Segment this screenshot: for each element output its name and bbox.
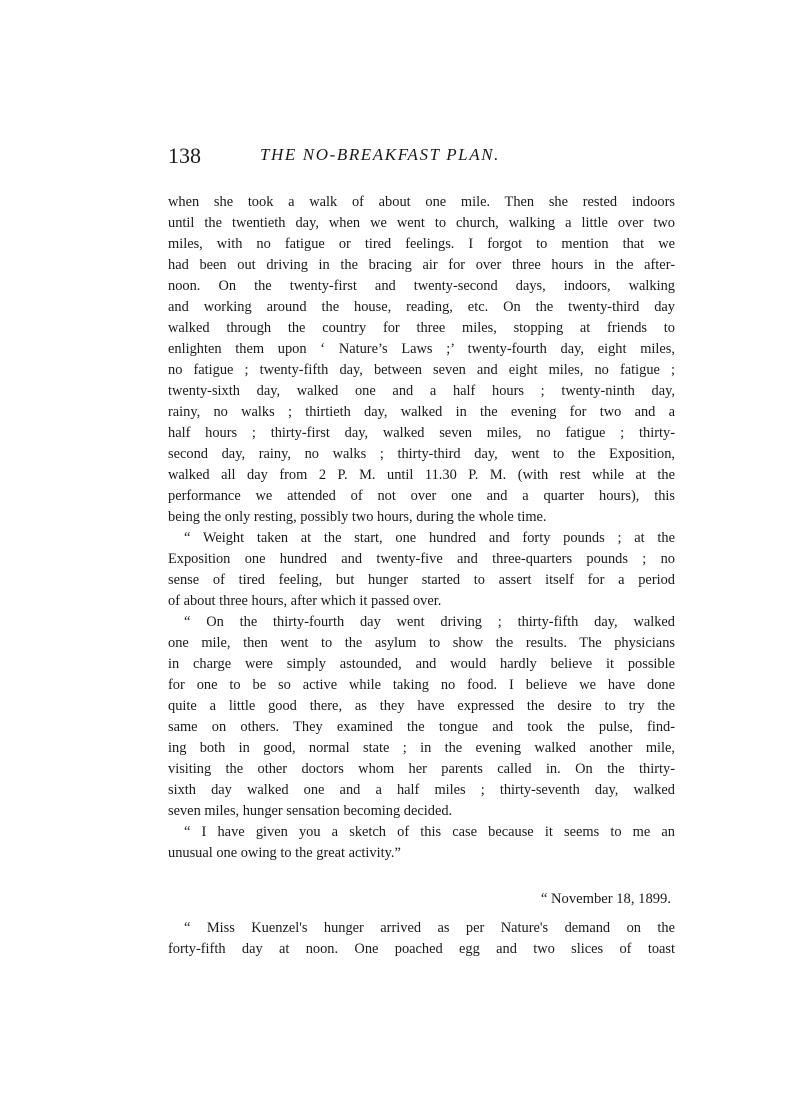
spacer (168, 910, 675, 918)
text-line: walked all day from 2 P. M. until 11.30 … (168, 465, 675, 486)
page-number: 138 (168, 143, 201, 169)
paragraph: when she took a walk of about one mile. … (168, 192, 675, 528)
paragraph: “ On the thirty-fourth day went driving … (168, 612, 675, 822)
text-line: same on others. They examined the tongue… (168, 717, 675, 738)
text-line: twenty-sixth day, walked one and a half … (168, 381, 675, 402)
text-line: noon. On the twenty-first and twenty-sec… (168, 276, 675, 297)
text-line: walked through the country for three mil… (168, 318, 675, 339)
text-line: being the only resting, possibly two hou… (168, 507, 675, 528)
spacer (168, 864, 675, 889)
paragraph: “ Miss Kuenzel's hunger arrived as per N… (168, 918, 675, 960)
letter-date: “ November 18, 1899. (168, 889, 675, 910)
text-line: half hours ; thirty-first day, walked se… (168, 423, 675, 444)
text-line: seven miles, hunger sensation becoming d… (168, 801, 675, 822)
text-line: quite a little good there, as they have … (168, 696, 675, 717)
text-line: for one to be so active while taking no … (168, 675, 675, 696)
text-line: second day, rainy, no walks ; thirty-thi… (168, 444, 675, 465)
text-line: sense of tired feeling, but hunger start… (168, 570, 675, 591)
text-line: sixth day walked one and a half miles ; … (168, 780, 675, 801)
text-line: Exposition one hundred and twenty-five a… (168, 549, 675, 570)
text-line: “ Miss Kuenzel's hunger arrived as per N… (168, 918, 675, 939)
paragraph: “ I have given you a sketch of this case… (168, 822, 675, 864)
text-line: when she took a walk of about one mile. … (168, 192, 675, 213)
text-line: “ Weight taken at the start, one hundred… (168, 528, 675, 549)
text-line: visiting the other doctors whom her pare… (168, 759, 675, 780)
text-line: unusual one owing to the great activity.… (168, 843, 675, 864)
page-header: 138 THE NO-BREAKFAST PLAN. (168, 143, 675, 173)
text-line: performance we attended of not over one … (168, 486, 675, 507)
running-title: THE NO-BREAKFAST PLAN. (260, 145, 500, 165)
text-line: forty-fifth day at noon. One poached egg… (168, 939, 675, 960)
text-line: and working around the house, reading, e… (168, 297, 675, 318)
text-line: of about three hours, after which it pas… (168, 591, 675, 612)
page-body: when she took a walk of about one mile. … (168, 192, 675, 960)
text-line: “ I have given you a sketch of this case… (168, 822, 675, 843)
book-page: 138 THE NO-BREAKFAST PLAN. when she took… (0, 0, 790, 1115)
text-line: ing both in good, normal state ; in the … (168, 738, 675, 759)
paragraph: “ Weight taken at the start, one hundred… (168, 528, 675, 612)
text-line: miles, with no fatigue or tired feelings… (168, 234, 675, 255)
text-line: rainy, no walks ; thirtieth day, walked … (168, 402, 675, 423)
text-line: enlighten them upon ‘ Nature’s Laws ;’ t… (168, 339, 675, 360)
text-line: no fatigue ; twenty-fifth day, between s… (168, 360, 675, 381)
text-line: until the twentieth day, when we went to… (168, 213, 675, 234)
text-line: had been out driving in the bracing air … (168, 255, 675, 276)
text-line: one mile, then went to the asylum to sho… (168, 633, 675, 654)
text-line: “ On the thirty-fourth day went driving … (168, 612, 675, 633)
text-line: in charge were simply astounded, and wou… (168, 654, 675, 675)
